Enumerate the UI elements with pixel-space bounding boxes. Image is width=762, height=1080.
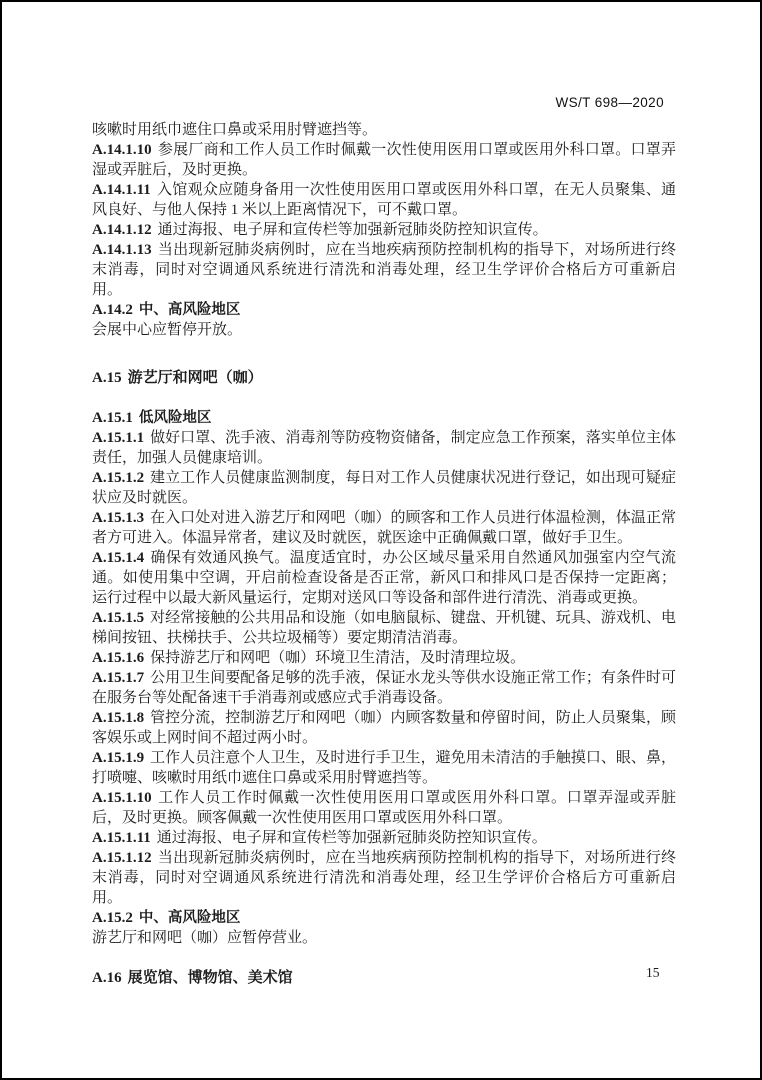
clause-text: 工作人员注意个人卫生，及时进行手卫生，避免用未清洁的手触摸口、眼、鼻，打喷嚏、咳…: [92, 750, 676, 786]
clause-number: A.15.1.6: [92, 650, 144, 666]
clause-text: 做好口罩、洗手液、消毒剂等防疫物资储备，制定应急工作预案，落实单位主体责任，加强…: [92, 430, 676, 466]
paragraph: 咳嗽时用纸巾遮住口鼻或采用肘臂遮挡等。: [92, 120, 676, 140]
clause-number: A.15.1.7: [92, 670, 144, 686]
clause-text: 对经常接触的公共用品和设施（如电脑鼠标、键盘、开机键、玩具、游戏机、电梯间按钮、…: [92, 610, 676, 646]
clause-text: 低风险地区: [139, 410, 212, 426]
clause-text: 确保有效通风换气。温度适宜时，办公区域尽量采用自然通风加强室内空气流通。如使用集…: [92, 550, 676, 606]
clause-number: A.15: [92, 370, 122, 386]
clause-text: 保持游艺厅和网吧（咖）环境卫生清洁，及时清理垃圾。: [150, 650, 525, 666]
clause-number: A.15.1.11: [92, 830, 151, 846]
paragraph: A.15.1.11通过海报、电子屏和宣传栏等加强新冠肺炎防控知识宣传。: [92, 828, 676, 848]
clause-text: 展览馆、博物馆、美术馆: [128, 969, 293, 986]
clause-text: 中、高风险地区: [139, 910, 241, 926]
paragraph: A.15.1.9工作人员注意个人卫生，及时进行手卫生，避免用未清洁的手触摸口、眼…: [92, 748, 676, 788]
clause-number: A.15.1: [92, 410, 133, 426]
paragraph: A.15.1.8管控分流，控制游艺厅和网吧（咖）内顾客数量和停留时间，防止人员聚…: [92, 708, 676, 748]
subsection-heading: A.15.1低风险地区: [92, 408, 676, 428]
clause-text: 管控分流，控制游艺厅和网吧（咖）内顾客数量和停留时间，防止人员聚集，顾客娱乐或上…: [92, 710, 676, 746]
standard-number-header: WS/T 698—2020: [555, 95, 664, 110]
paragraph: A.14.1.10参展厂商和工作人员工作时佩戴一次性使用医用口罩或医用外科口罩。…: [92, 140, 676, 180]
paragraph: A.15.1.10工作人员工作时佩戴一次性使用医用口罩或医用外科口罩。口罩弄湿或…: [92, 788, 676, 828]
clause-text: 游艺厅和网吧（咖）: [128, 369, 263, 386]
clause-number: A.16: [92, 970, 122, 986]
subsection-heading: A.15.2中、高风险地区: [92, 908, 676, 928]
clause-number: A.14.2: [92, 302, 133, 318]
clause-text: 工作人员工作时佩戴一次性使用医用口罩或医用外科口罩。口罩弄湿或弄脏后，及时更换。…: [92, 790, 676, 826]
page-number: 15: [646, 965, 660, 981]
paragraph: A.14.1.11入馆观众应随身备用一次性使用医用口罩或医用外科口罩，在无人员聚…: [92, 180, 676, 220]
section-heading: A.16展览馆、博物馆、美术馆: [92, 968, 676, 988]
clause-text: 游艺厅和网吧（咖）应暂停营业。: [92, 930, 317, 946]
clause-number: A.15.1.5: [92, 610, 144, 626]
clause-number: A.15.1.9: [92, 750, 144, 766]
clause-text: 入馆观众应随身备用一次性使用医用口罩或医用外科口罩，在无人员聚集、通风良好、与他…: [92, 182, 676, 218]
clause-number: A.15.1.3: [92, 510, 144, 526]
clause-text: 当出现新冠肺炎病例时，应在当地疾病预防控制机构的指导下，对场所进行终末消毒，同时…: [92, 242, 676, 298]
clause-number: A.14.1.11: [92, 182, 151, 198]
clause-number: A.15.1.1: [92, 430, 144, 446]
clause-number: A.15.1.12: [92, 850, 152, 866]
paragraph: 会展中心应暂停开放。: [92, 320, 676, 340]
clause-number: A.15.1.10: [92, 790, 152, 806]
paragraph: A.15.1.2建立工作人员健康监测制度，每日对工作人员健康状况进行登记，如出现…: [92, 468, 676, 508]
clause-number: A.14.1.13: [92, 242, 152, 258]
document-page: WS/T 698—2020 咳嗽时用纸巾遮住口鼻或采用肘臂遮挡等。 A.14.1…: [0, 0, 762, 1080]
clause-number: A.15.1.8: [92, 710, 144, 726]
paragraph: A.15.1.5对经常接触的公共用品和设施（如电脑鼠标、键盘、开机键、玩具、游戏…: [92, 608, 676, 648]
paragraph: A.15.1.12当出现新冠肺炎病例时，应在当地疾病预防控制机构的指导下，对场所…: [92, 848, 676, 908]
paragraph: A.15.1.3在入口处对进入游艺厅和网吧（咖）的顾客和工作人员进行体温检测，体…: [92, 508, 676, 548]
clause-text: 在入口处对进入游艺厅和网吧（咖）的顾客和工作人员进行体温检测，体温正常者方可进入…: [92, 510, 676, 546]
paragraph: A.15.1.6保持游艺厅和网吧（咖）环境卫生清洁，及时清理垃圾。: [92, 648, 676, 668]
clause-text: 会展中心应暂停开放。: [92, 322, 242, 338]
clause-text: 公用卫生间要配备足够的洗手液，保证水龙头等供水设施正常工作；有条件时可在服务台等…: [92, 670, 676, 706]
clause-number: A.15.1.2: [92, 470, 144, 486]
paragraph: A.14.1.12通过海报、电子屏和宣传栏等加强新冠肺炎防控知识宣传。: [92, 220, 676, 240]
paragraph: A.15.1.7公用卫生间要配备足够的洗手液，保证水龙头等供水设施正常工作；有条…: [92, 668, 676, 708]
section-heading: A.15游艺厅和网吧（咖）: [92, 368, 676, 388]
clause-text: 通过海报、电子屏和宣传栏等加强新冠肺炎防控知识宣传。: [158, 222, 548, 238]
clause-number: A.14.1.12: [92, 222, 152, 238]
clause-text: 参展厂商和工作人员工作时佩戴一次性使用医用口罩或医用外科口罩。口罩弄湿或弄脏后，…: [92, 142, 676, 178]
clause-text: 咳嗽时用纸巾遮住口鼻或采用肘臂遮挡等。: [92, 122, 377, 138]
clause-number: A.15.2: [92, 910, 133, 926]
clause-text: 当出现新冠肺炎病例时，应在当地疾病预防控制机构的指导下，对场所进行终末消毒，同时…: [92, 850, 676, 906]
paragraph: 游艺厅和网吧（咖）应暂停营业。: [92, 928, 676, 948]
paragraph: A.15.1.4确保有效通风换气。温度适宜时，办公区域尽量采用自然通风加强室内空…: [92, 548, 676, 608]
document-content: 咳嗽时用纸巾遮住口鼻或采用肘臂遮挡等。 A.14.1.10参展厂商和工作人员工作…: [92, 120, 676, 988]
paragraph: A.14.1.13当出现新冠肺炎病例时，应在当地疾病预防控制机构的指导下，对场所…: [92, 240, 676, 300]
clause-text: 中、高风险地区: [139, 302, 241, 318]
subsection-heading: A.14.2中、高风险地区: [92, 300, 676, 320]
clause-number: A.14.1.10: [92, 142, 152, 158]
clause-text: 建立工作人员健康监测制度，每日对工作人员健康状况进行登记，如出现可疑症状应及时就…: [92, 470, 676, 506]
clause-text: 通过海报、电子屏和宣传栏等加强新冠肺炎防控知识宣传。: [157, 830, 547, 846]
paragraph: A.15.1.1做好口罩、洗手液、消毒剂等防疫物资储备，制定应急工作预案，落实单…: [92, 428, 676, 468]
clause-number: A.15.1.4: [92, 550, 144, 566]
